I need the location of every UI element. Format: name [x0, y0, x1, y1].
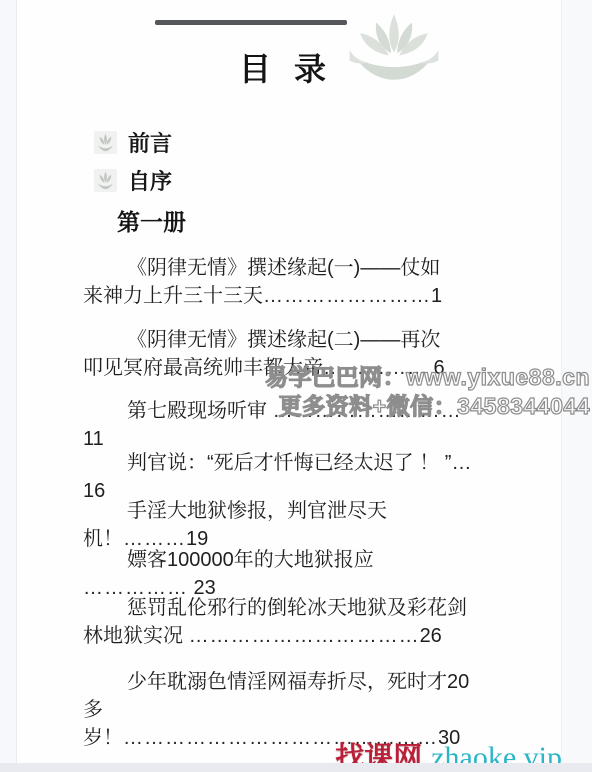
toc-entry: 手淫大地狱惨报，判官泄尽天机！………19	[83, 497, 475, 553]
page-title: 目 录	[0, 44, 572, 90]
toc-section-title: 第一册	[117, 204, 186, 237]
toc-entry: 惩罚乱伦邪行的倒轮冰天地狱及彩花剑 林地狱实况 ……………………………26	[83, 594, 475, 650]
toc-entry-page: 26	[420, 625, 442, 647]
lotus-bullet-icon	[94, 131, 117, 154]
page-bottom-edge	[0, 763, 592, 772]
toc-entry-page: 6	[428, 357, 445, 379]
toc-entry-title: 判官说：“死后才忏悔已经太迟了 ！ ”	[127, 452, 451, 474]
toc-front-item-self-preface: 自序	[94, 165, 172, 196]
toc-entry-leader: ……………………	[263, 285, 431, 307]
toc-entry-page: 1	[431, 285, 442, 307]
toc-page: 目 录 前言 自序 第一册 《阴律无情》撰述缘起(一)——仗如 来神力上升三	[0, 0, 592, 772]
toc-entry-leader: ………………………	[273, 400, 462, 422]
toc-entry-leader: …	[451, 452, 472, 474]
toc-entry-page: 11	[83, 428, 104, 450]
toc-entry: 第七殿现场听审 ………………………11	[83, 397, 475, 453]
toc-front-item-label: 前言	[128, 127, 172, 158]
toc-front-item-label: 自序	[128, 165, 172, 196]
lotus-bullet-icon	[94, 169, 117, 192]
toc-entry: 《阴律无情》撰述缘起(二)——再次 叩见冥府最高统帅丰都大帝…………… 6	[83, 326, 475, 382]
toc-entry-title: 第七殿现场听审	[127, 400, 273, 422]
toc-front-item-preface: 前言	[94, 127, 172, 158]
page-right-edge	[561, 0, 592, 772]
toc-entry-leader: ……………………………	[189, 625, 420, 647]
toc-entry-title: 嫖客100000年的大地狱报应	[127, 549, 379, 571]
header-rule-line	[155, 20, 347, 25]
toc-entry-leader: ……………	[323, 357, 428, 379]
page-left-edge	[0, 0, 17, 772]
toc-entry: 《阴律无情》撰述缘起(一)——仗如 来神力上升三十三天……………………1	[83, 254, 475, 310]
